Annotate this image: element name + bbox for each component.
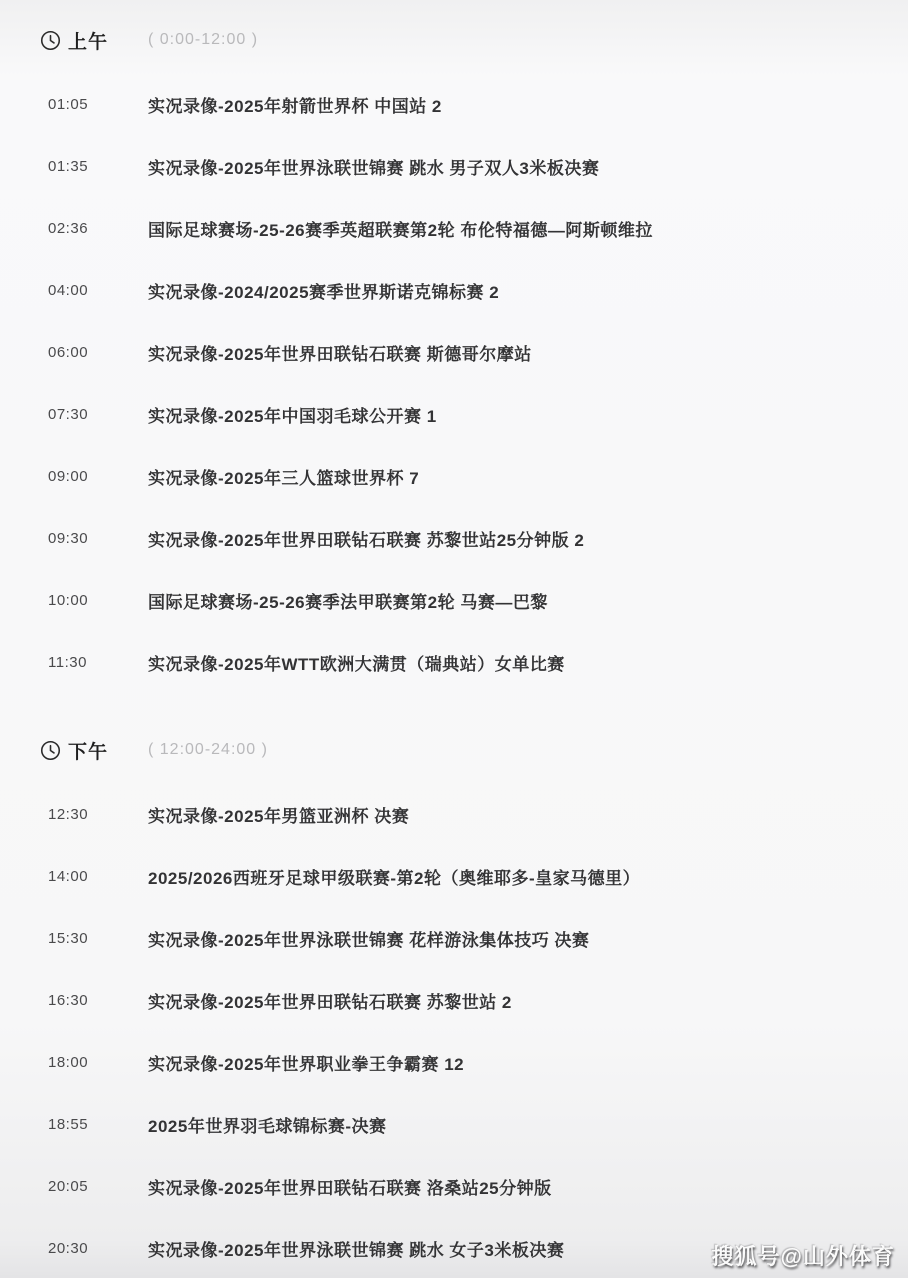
section-header-left: 上午 xyxy=(40,27,148,54)
program-title: 实况录像-2025年世界田联钻石联赛 苏黎世站25分钟版 2 xyxy=(148,526,584,551)
section-time-range: ( 12:00-24:00 ) xyxy=(148,741,268,759)
program-row[interactable]: 07:30实况录像-2025年中国羽毛球公开赛 1 xyxy=(0,383,908,445)
program-row[interactable]: 20:05实况录像-2025年世界田联钻石联赛 洛桑站25分钟版 xyxy=(0,1155,908,1217)
program-row[interactable]: 09:00实况录像-2025年三人篮球世界杯 7 xyxy=(0,445,908,507)
program-title: 2025/2026西班牙足球甲级联赛-第2轮（奥维耶多-皇家马德里） xyxy=(148,864,640,889)
program-time: 15:30 xyxy=(48,930,148,947)
program-row[interactable]: 18:00实况录像-2025年世界职业拳王争霸赛 12 xyxy=(0,1031,908,1093)
program-row[interactable]: 16:30实况录像-2025年世界田联钻石联赛 苏黎世站 2 xyxy=(0,969,908,1031)
program-title: 实况录像-2025年世界泳联世锦赛 花样游泳集体技巧 决赛 xyxy=(148,926,589,951)
program-row[interactable]: 10:00国际足球赛场-25-26赛季法甲联赛第2轮 马赛—巴黎 xyxy=(0,569,908,631)
program-title: 实况录像-2025年世界职业拳王争霸赛 12 xyxy=(148,1050,464,1075)
program-time: 01:05 xyxy=(48,96,148,113)
program-time: 20:30 xyxy=(48,1240,148,1257)
schedule-section: 上午( 0:00-12:00 )01:05实况录像-2025年射箭世界杯 中国站… xyxy=(0,20,908,693)
program-title: 实况录像-2025年世界田联钻石联赛 斯德哥尔摩站 xyxy=(148,340,532,365)
program-row[interactable]: 18:552025年世界羽毛球锦标赛-决赛 xyxy=(0,1093,908,1155)
program-title: 实况录像-2025年世界泳联世锦赛 跳水 女子3米板决赛 xyxy=(148,1236,564,1261)
program-row[interactable]: 11:30实况录像-2025年WTT欧洲大满贯（瑞典站）女单比赛 xyxy=(0,631,908,693)
section-time-range: ( 0:00-12:00 ) xyxy=(148,31,258,49)
program-time: 18:55 xyxy=(48,1116,148,1133)
program-row[interactable]: 12:30实况录像-2025年男篮亚洲杯 决赛 xyxy=(0,783,908,845)
section-header-left: 下午 xyxy=(40,737,148,764)
program-rows: 12:30实况录像-2025年男篮亚洲杯 决赛14:002025/2026西班牙… xyxy=(0,783,908,1278)
program-title: 实况录像-2025年世界田联钻石联赛 苏黎世站 2 xyxy=(148,988,512,1013)
section-header: 下午( 12:00-24:00 ) xyxy=(0,730,908,770)
schedule-section: 下午( 12:00-24:00 )12:30实况录像-2025年男篮亚洲杯 决赛… xyxy=(0,730,908,1278)
program-row[interactable]: 04:00实况录像-2024/2025赛季世界斯诺克锦标赛 2 xyxy=(0,259,908,321)
program-time: 06:00 xyxy=(48,344,148,361)
program-row[interactable]: 01:35实况录像-2025年世界泳联世锦赛 跳水 男子双人3米板决赛 xyxy=(0,135,908,197)
program-time: 20:05 xyxy=(48,1178,148,1195)
program-rows: 01:05实况录像-2025年射箭世界杯 中国站 201:35实况录像-2025… xyxy=(0,73,908,693)
program-title: 实况录像-2025年射箭世界杯 中国站 2 xyxy=(148,92,442,117)
program-row[interactable]: 02:36国际足球赛场-25-26赛季英超联赛第2轮 布伦特福德—阿斯顿维拉 xyxy=(0,197,908,259)
program-time: 07:30 xyxy=(48,406,148,423)
section-header: 上午( 0:00-12:00 ) xyxy=(0,20,908,60)
program-title: 实况录像-2025年男篮亚洲杯 决赛 xyxy=(148,802,409,827)
clock-icon xyxy=(40,30,61,51)
section-label: 下午 xyxy=(68,737,108,764)
program-time: 04:00 xyxy=(48,282,148,299)
program-time: 01:35 xyxy=(48,158,148,175)
clock-icon xyxy=(40,740,61,761)
program-title: 实况录像-2024/2025赛季世界斯诺克锦标赛 2 xyxy=(148,278,499,303)
watermark: 搜狐号@山外体育 xyxy=(712,1240,895,1271)
program-row[interactable]: 15:30实况录像-2025年世界泳联世锦赛 花样游泳集体技巧 决赛 xyxy=(0,907,908,969)
program-time: 14:00 xyxy=(48,868,148,885)
program-time: 09:00 xyxy=(48,468,148,485)
program-row[interactable]: 14:002025/2026西班牙足球甲级联赛-第2轮（奥维耶多-皇家马德里） xyxy=(0,845,908,907)
program-title: 国际足球赛场-25-26赛季英超联赛第2轮 布伦特福德—阿斯顿维拉 xyxy=(148,216,653,241)
program-title: 实况录像-2025年中国羽毛球公开赛 1 xyxy=(148,402,437,427)
program-title: 实况录像-2025年WTT欧洲大满贯（瑞典站）女单比赛 xyxy=(148,650,565,675)
program-row[interactable]: 09:30实况录像-2025年世界田联钻石联赛 苏黎世站25分钟版 2 xyxy=(0,507,908,569)
program-time: 18:00 xyxy=(48,1054,148,1071)
program-title: 实况录像-2025年世界田联钻石联赛 洛桑站25分钟版 xyxy=(148,1174,552,1199)
program-title: 实况录像-2025年世界泳联世锦赛 跳水 男子双人3米板决赛 xyxy=(148,154,599,179)
program-time: 16:30 xyxy=(48,992,148,1009)
program-title: 国际足球赛场-25-26赛季法甲联赛第2轮 马赛—巴黎 xyxy=(148,588,548,613)
program-row[interactable]: 01:05实况录像-2025年射箭世界杯 中国站 2 xyxy=(0,73,908,135)
program-row[interactable]: 06:00实况录像-2025年世界田联钻石联赛 斯德哥尔摩站 xyxy=(0,321,908,383)
program-time: 02:36 xyxy=(48,220,148,237)
program-time: 10:00 xyxy=(48,592,148,609)
program-title: 实况录像-2025年三人篮球世界杯 7 xyxy=(148,464,419,489)
section-label: 上午 xyxy=(68,27,108,54)
tv-schedule-page: 上午( 0:00-12:00 )01:05实况录像-2025年射箭世界杯 中国站… xyxy=(0,0,908,1278)
program-title: 2025年世界羽毛球锦标赛-决赛 xyxy=(148,1112,386,1137)
program-time: 12:30 xyxy=(48,806,148,823)
program-schedule: 上午( 0:00-12:00 )01:05实况录像-2025年射箭世界杯 中国站… xyxy=(0,20,908,1278)
program-time: 11:30 xyxy=(48,654,148,671)
program-time: 09:30 xyxy=(48,530,148,547)
